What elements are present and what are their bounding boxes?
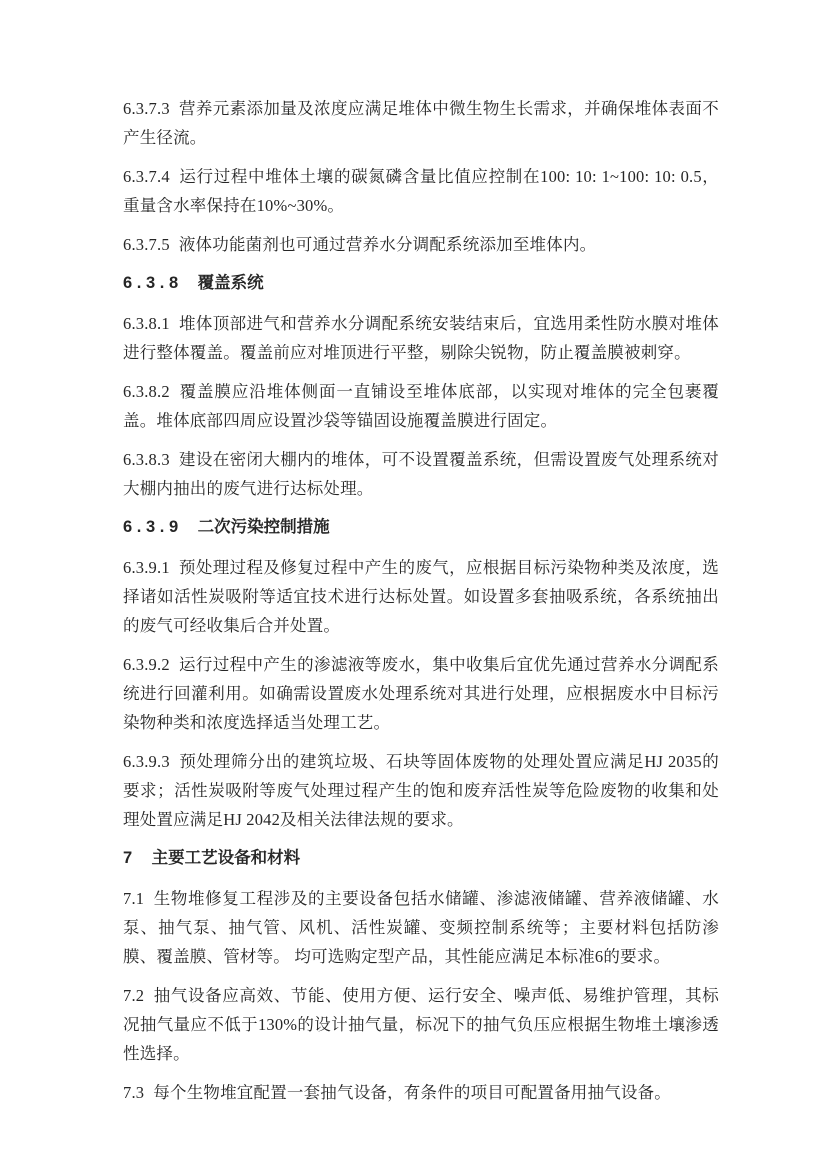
clause-number: 6.3.7.5 xyxy=(123,235,170,254)
clause-6-3-9-1: 6.3.9.1预处理过程及修复过程中产生的废气，应根据目标污染物种类及浓度，选择… xyxy=(123,553,719,640)
heading-title: 覆盖系统 xyxy=(198,274,264,292)
heading-title: 二次污染控制措施 xyxy=(198,518,330,536)
page-content: 6.3.7.3营养元素添加量及浓度应满足堆体中微生物生长需求，并确保堆体表面不产… xyxy=(123,94,719,1117)
section-heading-7: 7主要工艺设备和材料 xyxy=(123,844,719,873)
heading-number: 6.3.8 xyxy=(123,274,183,292)
page-number: 7 xyxy=(0,1082,826,1102)
section-heading-6-3-8: 6.3.8覆盖系统 xyxy=(123,269,719,298)
section-heading-6-3-9: 6.3.9二次污染控制措施 xyxy=(123,513,719,542)
heading-number: 6.3.9 xyxy=(123,518,183,536)
clause-text: 生物堆修复工程涉及的主要设备包括水储罐、渗滤液储罐、营养液储罐、水泵、抽气泵、抽… xyxy=(123,889,719,966)
clause-7-2: 7.2抽气设备应高效、节能、使用方便、运行安全、噪声低、易维护管理，其标况抽气量… xyxy=(123,981,719,1068)
clause-text: 建设在密闭大棚内的堆体，可不设置覆盖系统，但需设置废气处理系统对大棚内抽出的废气… xyxy=(123,450,719,498)
clause-text: 堆体顶部进气和营养水分调配系统安装结束后，宜选用柔性防水膜对堆体进行整体覆盖。覆… xyxy=(123,314,719,362)
clause-6-3-7-3: 6.3.7.3营养元素添加量及浓度应满足堆体中微生物生长需求，并确保堆体表面不产… xyxy=(123,94,719,152)
clause-number: 6.3.9.2 xyxy=(123,655,170,674)
clause-text: 抽气设备应高效、节能、使用方便、运行安全、噪声低、易维护管理，其标况抽气量应不低… xyxy=(123,986,719,1063)
clause-6-3-9-3: 6.3.9.3预处理筛分出的建筑垃圾、石块等固体废物的处理处置应满足HJ 203… xyxy=(123,747,719,834)
clause-6-3-7-5: 6.3.7.5液体功能菌剂也可通过营养水分调配系统添加至堆体内。 xyxy=(123,230,719,259)
clause-text: 营养元素添加量及浓度应满足堆体中微生物生长需求，并确保堆体表面不产生径流。 xyxy=(123,99,719,147)
clause-text: 液体功能菌剂也可通过营养水分调配系统添加至堆体内。 xyxy=(179,235,597,254)
heading-title: 主要工艺设备和材料 xyxy=(152,849,301,867)
clause-number: 6.3.9.1 xyxy=(123,558,170,577)
clause-number: 6.3.8.1 xyxy=(123,314,170,333)
heading-number: 7 xyxy=(123,849,137,867)
clause-6-3-7-4: 6.3.7.4运行过程中堆体土壤的碳氮磷含量比值应控制在100: 10: 1~1… xyxy=(123,162,719,220)
clause-number: 7.1 xyxy=(123,889,144,908)
clause-number: 6.3.7.3 xyxy=(123,99,170,118)
clause-text: 预处理过程及修复过程中产生的废气，应根据目标污染物种类及浓度，选择诸如活性炭吸附… xyxy=(123,558,719,635)
clause-6-3-8-2: 6.3.8.2覆盖膜应沿堆体侧面一直铺设至堆体底部，以实现对堆体的完全包裹覆盖。… xyxy=(123,377,719,435)
clause-text: 运行过程中产生的渗滤液等废水，集中收集后宜优先通过营养水分调配系统进行回灌利用。… xyxy=(123,655,719,732)
clause-text: 运行过程中堆体土壤的碳氮磷含量比值应控制在100: 10: 1~100: 10:… xyxy=(123,167,719,215)
clause-number: 6.3.7.4 xyxy=(123,167,170,186)
clause-6-3-8-1: 6.3.8.1堆体顶部进气和营养水分调配系统安装结束后，宜选用柔性防水膜对堆体进… xyxy=(123,309,719,367)
clause-text: 覆盖膜应沿堆体侧面一直铺设至堆体底部，以实现对堆体的完全包裹覆盖。堆体底部四周应… xyxy=(123,382,719,430)
clause-text: 预处理筛分出的建筑垃圾、石块等固体废物的处理处置应满足HJ 2035的要求；活性… xyxy=(123,752,719,829)
clause-number: 6.3.8.3 xyxy=(123,450,170,469)
clause-6-3-8-3: 6.3.8.3建设在密闭大棚内的堆体，可不设置覆盖系统，但需设置废气处理系统对大… xyxy=(123,445,719,503)
document-page: 6.3.7.3营养元素添加量及浓度应满足堆体中微生物生长需求，并确保堆体表面不产… xyxy=(0,0,826,1169)
clause-6-3-9-2: 6.3.9.2运行过程中产生的渗滤液等废水，集中收集后宜优先通过营养水分调配系统… xyxy=(123,650,719,737)
clause-number: 6.3.9.3 xyxy=(123,752,170,771)
clause-number: 7.2 xyxy=(123,986,144,1005)
clause-number: 6.3.8.2 xyxy=(123,382,170,401)
clause-7-1: 7.1生物堆修复工程涉及的主要设备包括水储罐、渗滤液储罐、营养液储罐、水泵、抽气… xyxy=(123,884,719,971)
